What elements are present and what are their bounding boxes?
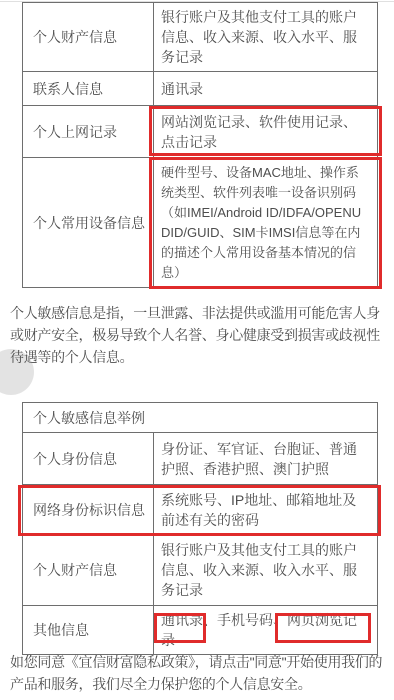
row-label-other-info: 其他信息 bbox=[23, 606, 154, 655]
table-row: 网络身份标识信息 系统账号、IP地址、邮箱地址及前述有关的密码 bbox=[23, 485, 378, 535]
row-content-network-identity-info: 系统账号、IP地址、邮箱地址及前述有关的密码 bbox=[154, 485, 378, 535]
other-info-part-middle: 、手机号码、 bbox=[203, 612, 287, 628]
row-label-network-identity-info: 网络身份标识信息 bbox=[23, 485, 154, 535]
row-label-financial-info-2: 个人财产信息 bbox=[23, 535, 154, 606]
table-row: 个人财产信息 银行账户及其他支付工具的账户信息、收入来源、收入水平、服务记录 bbox=[23, 3, 378, 72]
table-row: 个人上网记录 网站浏览记录、软件使用记录、点击记录 bbox=[23, 106, 378, 158]
other-info-part-contacts: 通讯录 bbox=[161, 612, 203, 628]
row-label-device-info: 个人常用设备信息 bbox=[23, 158, 154, 288]
sensitive-info-examples-table: 个人敏感信息举例 个人身份信息 身份证、军官证、台胞证、普通护照、香港护照、澳门… bbox=[22, 402, 378, 655]
row-label-identity-info: 个人身份信息 bbox=[23, 433, 154, 485]
row-content-contacts-info: 通讯录 bbox=[154, 72, 378, 106]
row-content-device-info: 硬件型号、设备MAC地址、操作系统类型、软件列表唯一设备识别码（如IMEI/An… bbox=[154, 158, 378, 288]
privacy-policy-screen: 个人财产信息 银行账户及其他支付工具的账户信息、收入来源、收入水平、服务记录 联… bbox=[0, 0, 394, 700]
sensitive-info-definition: 个人敏感信息是指，一旦泄露、非法提供或滥用可能危害人身或财产安全，极易导致个人名… bbox=[10, 302, 388, 368]
table-header-row: 个人敏感信息举例 bbox=[23, 403, 378, 433]
row-label-financial-info: 个人财产信息 bbox=[23, 3, 154, 72]
table-title: 个人敏感信息举例 bbox=[23, 403, 378, 433]
row-content-browsing-records: 网站浏览记录、软件使用记录、点击记录 bbox=[154, 106, 378, 158]
row-content-other-info: 通讯录、手机号码、网页浏览记录 bbox=[154, 606, 378, 655]
row-content-financial-info-2: 银行账户及其他支付工具的账户信息、收入来源、收入水平、服务记录 bbox=[154, 535, 378, 606]
personal-info-table: 个人财产信息 银行账户及其他支付工具的账户信息、收入来源、收入水平、服务记录 联… bbox=[22, 2, 378, 288]
table-row: 个人常用设备信息 硬件型号、设备MAC地址、操作系统类型、软件列表唯一设备识别码… bbox=[23, 158, 378, 288]
table-row: 其他信息 通讯录、手机号码、网页浏览记录 bbox=[23, 606, 378, 655]
row-content-identity-info: 身份证、军官证、台胞证、普通护照、香港护照、澳门护照 bbox=[154, 433, 378, 485]
row-label-browsing-records: 个人上网记录 bbox=[23, 106, 154, 158]
footer-agreement-text: 如您同意《宜信财富隐私政策》，请点击"同意"开始使用我们的产品和服务，我们尽全力… bbox=[10, 651, 390, 695]
row-content-financial-info: 银行账户及其他支付工具的账户信息、收入来源、收入水平、服务记录 bbox=[154, 3, 378, 72]
table-row: 个人财产信息 银行账户及其他支付工具的账户信息、收入来源、收入水平、服务记录 bbox=[23, 535, 378, 606]
table-row: 联系人信息 通讯录 bbox=[23, 72, 378, 106]
row-label-contacts-info: 联系人信息 bbox=[23, 72, 154, 106]
table-row: 个人身份信息 身份证、军官证、台胞证、普通护照、香港护照、澳门护照 bbox=[23, 433, 378, 485]
